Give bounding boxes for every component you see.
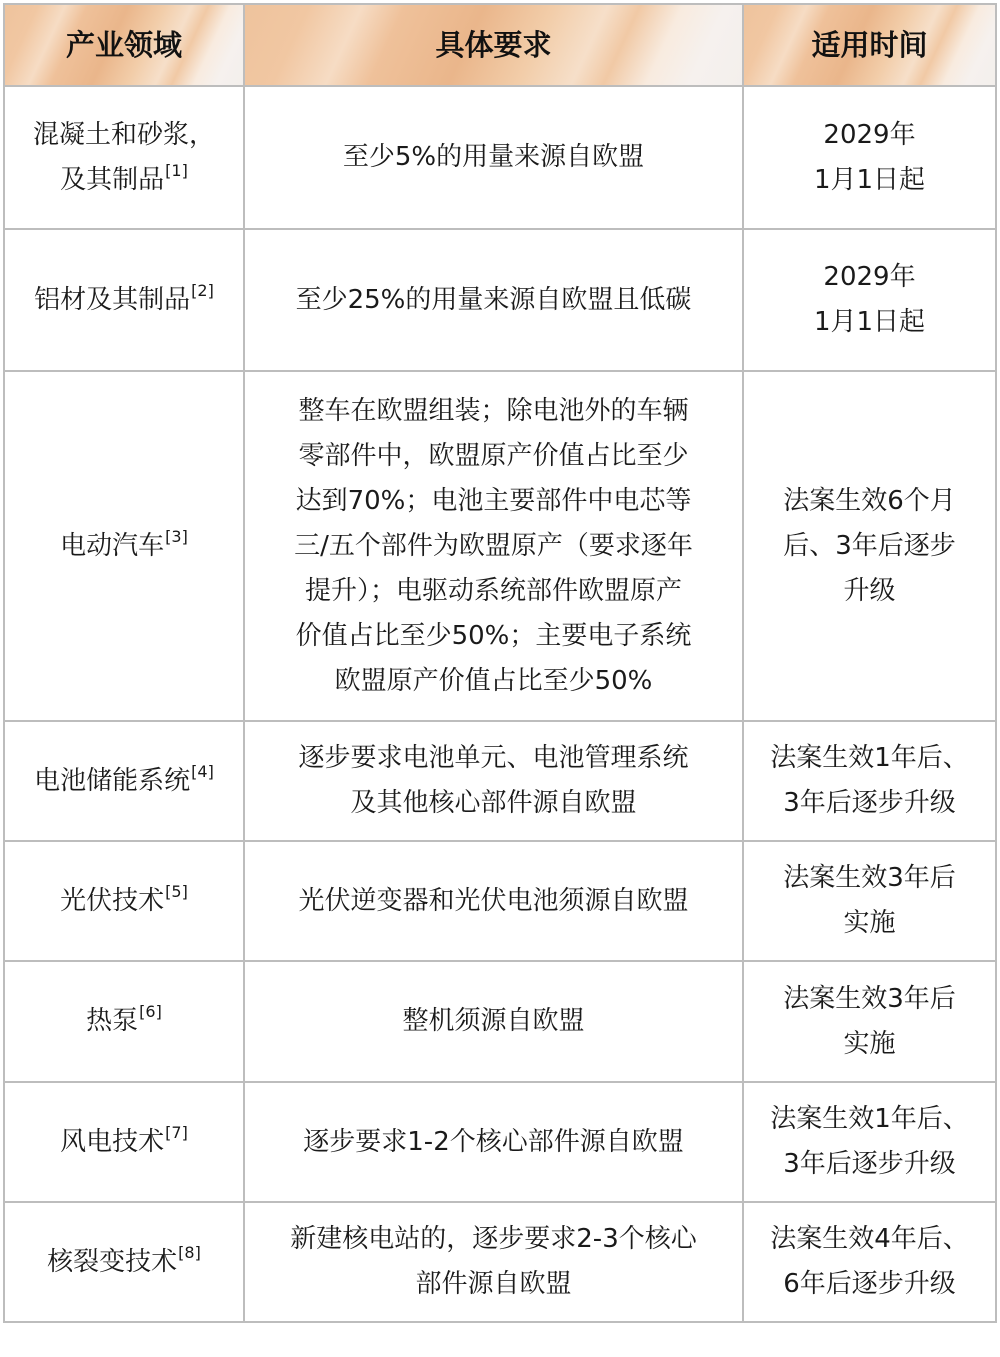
requirement-cell: 新建核电站的，逐步要求2-3个核心 部件源自欧盟 <box>244 1202 743 1322</box>
field-cell: 铝材及其制品[2] <box>4 229 244 371</box>
footnote-ref: [5] <box>165 882 188 901</box>
table-row: 核裂变技术[8] 新建核电站的，逐步要求2-3个核心 部件源自欧盟 法案生效4年… <box>4 1202 996 1322</box>
field-line: 及其制品[1] <box>19 158 229 203</box>
table-row: 热泵[6] 整机须源自欧盟 法案生效3年后 实施 <box>4 961 996 1082</box>
time-cell: 2029年 1月1日起 <box>743 229 996 371</box>
requirement-cell: 整机须源自欧盟 <box>244 961 743 1082</box>
field-cell: 光伏技术[5] <box>4 841 244 961</box>
field-cell: 核裂变技术[8] <box>4 1202 244 1322</box>
requirement-cell: 逐步要求1-2个核心部件源自欧盟 <box>244 1082 743 1202</box>
requirement-cell: 光伏逆变器和光伏电池须源自欧盟 <box>244 841 743 961</box>
header-applicable-time: 适用时间 <box>743 4 996 86</box>
field-cell: 电动汽车[3] <box>4 371 244 721</box>
table-row: 铝材及其制品[2] 至少25%的用量来源自欧盟且低碳 2029年 1月1日起 <box>4 229 996 371</box>
time-cell: 法案生效4年后、 6年后逐步升级 <box>743 1202 996 1322</box>
time-cell: 法案生效1年后、 3年后逐步升级 <box>743 1082 996 1202</box>
footnote-ref: [8] <box>178 1243 201 1262</box>
field-cell: 热泵[6] <box>4 961 244 1082</box>
footnote-ref: [1] <box>165 161 188 180</box>
eu-local-content-table: 产业领域 具体要求 适用时间 混凝土和砂浆， 及其制品[1] 至少5%的用量来源… <box>3 3 997 1323</box>
header-industry-field: 产业领域 <box>4 4 244 86</box>
time-cell: 法案生效3年后 实施 <box>743 841 996 961</box>
table-row: 电动汽车[3] 整车在欧盟组装；除电池外的车辆 零部件中，欧盟原产价值占比至少 … <box>4 371 996 721</box>
field-cell: 混凝土和砂浆， 及其制品[1] <box>4 86 244 229</box>
time-cell: 法案生效6个月 后、3年后逐步 升级 <box>743 371 996 721</box>
time-cell: 2029年 1月1日起 <box>743 86 996 229</box>
footnote-ref: [2] <box>191 281 214 300</box>
field-line: 混凝土和砂浆， <box>19 113 229 158</box>
table-row: 风电技术[7] 逐步要求1-2个核心部件源自欧盟 法案生效1年后、 3年后逐步升… <box>4 1082 996 1202</box>
table-header-row: 产业领域 具体要求 适用时间 <box>4 4 996 86</box>
time-cell: 法案生效3年后 实施 <box>743 961 996 1082</box>
footnote-ref: [4] <box>191 762 214 781</box>
footnote-ref: [7] <box>165 1123 188 1142</box>
table-row: 电池储能系统[4] 逐步要求电池单元、电池管理系统 及其他核心部件源自欧盟 法案… <box>4 721 996 841</box>
header-specific-requirement: 具体要求 <box>244 4 743 86</box>
requirement-cell: 整车在欧盟组装；除电池外的车辆 零部件中，欧盟原产价值占比至少 达到70%；电池… <box>244 371 743 721</box>
requirement-cell: 至少25%的用量来源自欧盟且低碳 <box>244 229 743 371</box>
field-cell: 电池储能系统[4] <box>4 721 244 841</box>
footnote-ref: [6] <box>139 1002 162 1021</box>
field-cell: 风电技术[7] <box>4 1082 244 1202</box>
table-row: 光伏技术[5] 光伏逆变器和光伏电池须源自欧盟 法案生效3年后 实施 <box>4 841 996 961</box>
table-row: 混凝土和砂浆， 及其制品[1] 至少5%的用量来源自欧盟 2029年 1月1日起 <box>4 86 996 229</box>
requirement-cell: 至少5%的用量来源自欧盟 <box>244 86 743 229</box>
footnote-ref: [3] <box>165 527 188 546</box>
time-cell: 法案生效1年后、 3年后逐步升级 <box>743 721 996 841</box>
requirement-cell: 逐步要求电池单元、电池管理系统 及其他核心部件源自欧盟 <box>244 721 743 841</box>
